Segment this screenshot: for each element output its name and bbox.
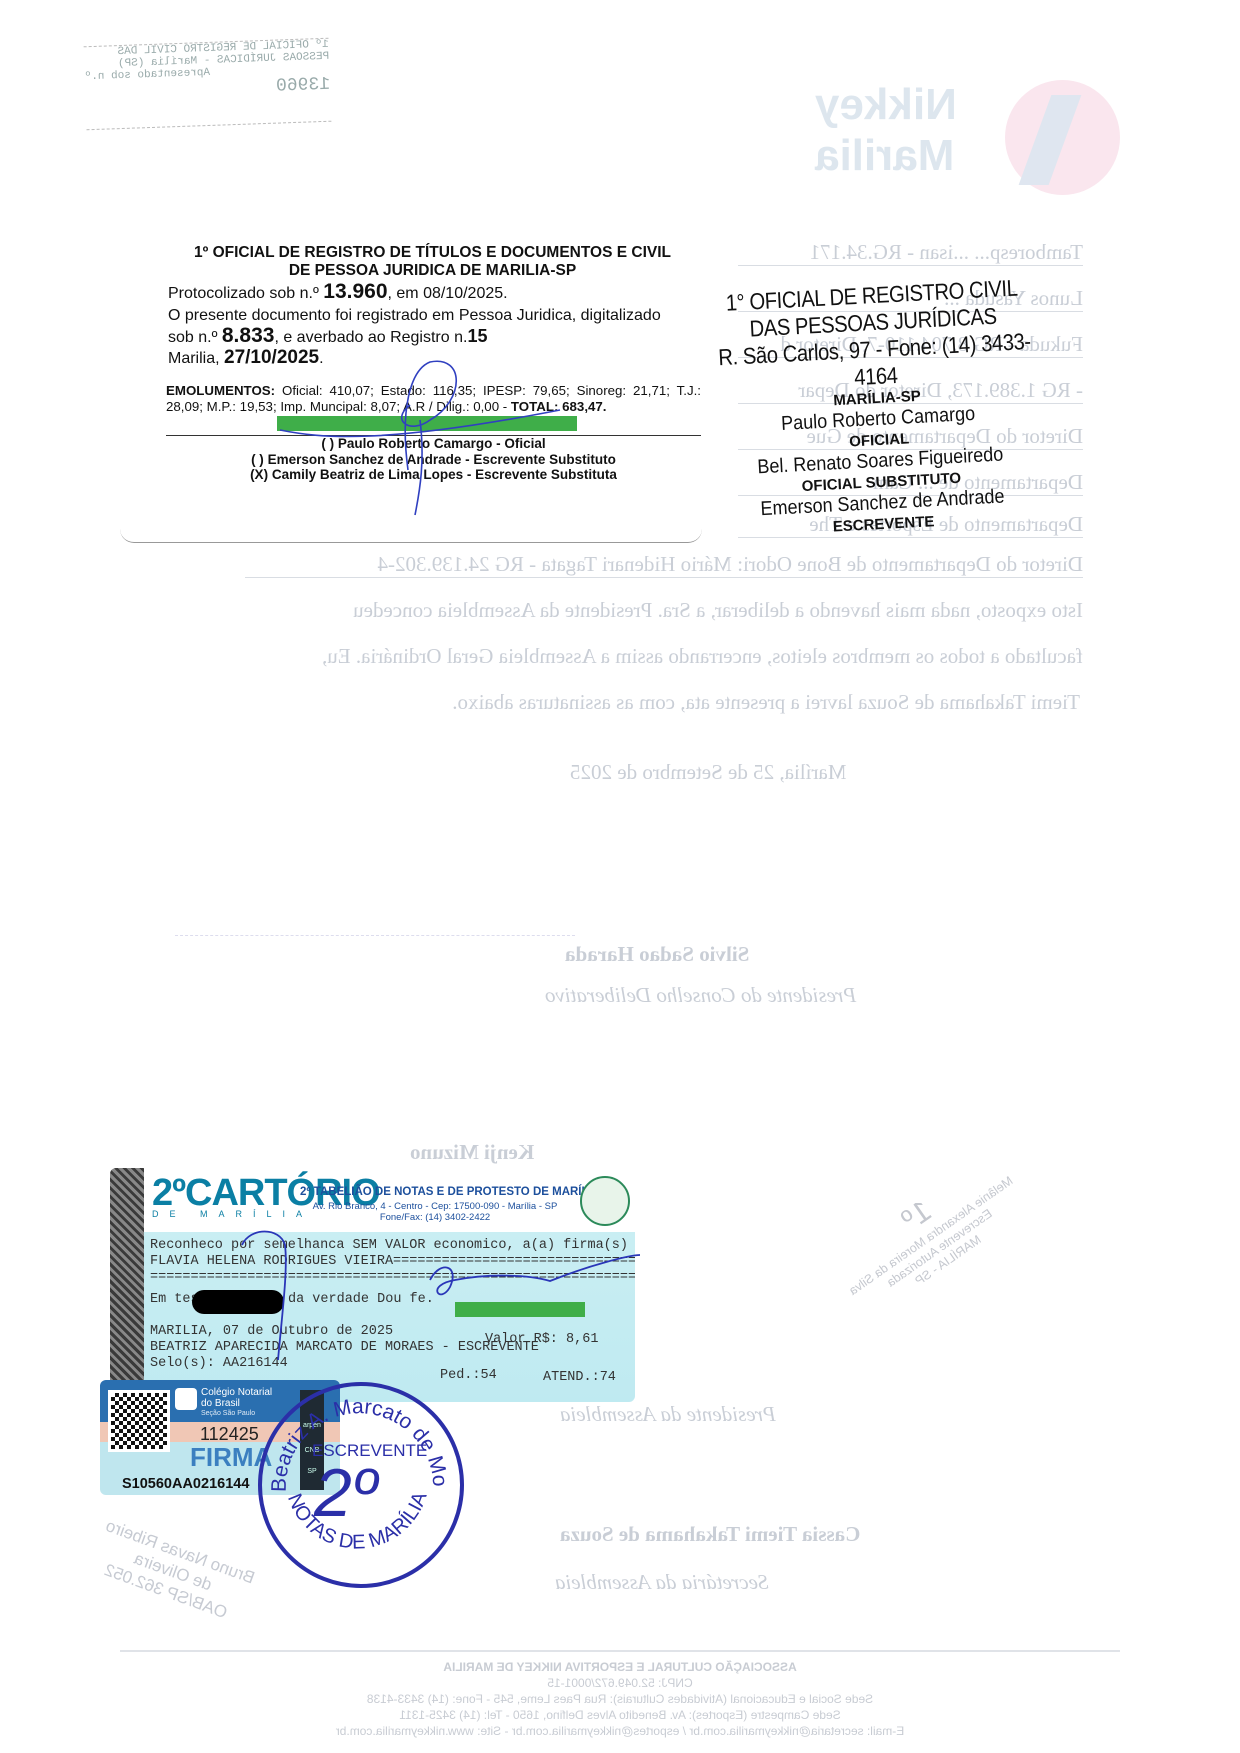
brazil-coat-of-arms-icon xyxy=(580,1176,630,1226)
bleed-sig-role: Presidente da Assembleia xyxy=(560,1402,776,1427)
registro-mid: , e averbado ao Registro n. xyxy=(274,329,467,346)
nikkey-logo-text: Nikkey Marilia xyxy=(815,80,957,181)
registration-heading: 1º OFICIAL DE REGISTRO DE TÍTULOS E DOCU… xyxy=(165,244,700,280)
lawyer-stamp: Bruno Navas Ribeiro de Oliveira OAB/SP 3… xyxy=(73,1509,273,1633)
protocol-prefix: Protocolizado sob n.º xyxy=(168,285,323,302)
logo-line: Marilia xyxy=(815,131,957,182)
footer-address: Sede Social e Educacional (Atividades Cu… xyxy=(130,1692,1110,1706)
registro-line: sob n.º 8.833, e averbado ao Registro n.… xyxy=(168,326,487,348)
logo-line: Nikkey xyxy=(815,80,957,131)
bleed-sig-name: Silvio Sadao Harada xyxy=(565,942,749,967)
seal-code: S10560AA0216144 xyxy=(122,1476,249,1492)
emolumentos-label: EMOLUMENTOS: xyxy=(166,383,275,398)
heading-line: 1º OFICIAL DE REGISTRO DE TÍTULOS E DOCU… xyxy=(165,244,700,262)
protocol-number: 13.960 xyxy=(323,280,387,303)
seal-section: Seção São Paulo xyxy=(201,1410,255,1417)
bleed-sig-role: Presidente do Conselho Deliberativo xyxy=(545,983,856,1008)
footer-contact: E-mail: secretaria@nikkeymarilia.com.br … xyxy=(130,1724,1110,1738)
registro-prefix: sob n.º xyxy=(168,329,222,346)
registro-number: 8.833 xyxy=(222,324,275,347)
faint-protocol-stamp: 1º OFICIAL DE REGISTRO CIVIL DAS PESSOAS… xyxy=(84,38,332,130)
faint-escrevente-stamp: 1º Melânie Alexandra Moreira da Silva Es… xyxy=(801,1128,1059,1342)
city: Marilia, xyxy=(168,350,224,367)
footer-address: Sede Campestre (Esportes): Av. Benedito … xyxy=(130,1708,1110,1722)
registro-ref: 15 xyxy=(467,326,487,346)
cartorio-address: Av. Rio Branco, 4 - Centro - Cep: 17500-… xyxy=(310,1201,560,1223)
phone-line: Fone/Fax: (14) 3402-2422 xyxy=(310,1212,560,1223)
bleed-date: Marília, 25 de Setembro de 2025 xyxy=(570,760,846,785)
ped-number: Ped.:54 xyxy=(440,1368,497,1383)
bleed-sig-name: Cassia Tiemi Takahama de Souza xyxy=(560,1522,860,1547)
cartorio-title: 2º TABELIÃO DE NOTAS E DE PROTESTO DE MA… xyxy=(300,1186,600,1198)
address-line: Av. Rio Branco, 4 - Centro - Cep: 17500-… xyxy=(310,1201,560,1212)
civil-registry-stamp: 1° OFICIAL DE REGISTRO CIVIL DAS PESSOAS… xyxy=(679,272,1077,543)
hologram-strip xyxy=(110,1168,144,1402)
notary-round-stamp: Beatriz A. Marcato de Moraes NOTAS DE MA… xyxy=(258,1382,464,1588)
protocol-line: Protocolizado sob n.º 13.960, em 08/10/2… xyxy=(168,282,508,304)
protocol-suffix: , em 08/10/2025. xyxy=(388,285,508,302)
bleed-sig-role: Secretária da Assembleia xyxy=(555,1570,768,1595)
qr-code-icon xyxy=(108,1390,170,1452)
footer-cnpj: CNPJ: 52.049.672/0001-15 xyxy=(130,1676,1110,1690)
bleed-line: Tamboresp... ...isan - RG.34.171 xyxy=(738,240,1083,266)
footer-divider xyxy=(120,1650,1120,1652)
atend-number: ATEND.:74 xyxy=(543,1370,616,1385)
colegio-logo-icon xyxy=(175,1388,197,1410)
stamp-line: Melânie Alexandra Moreira da Silva xyxy=(820,1155,1042,1316)
heading-line: DE PESSOA JURIDICA DE MARILIA-SP xyxy=(165,262,700,280)
signature-icon xyxy=(230,1225,650,1365)
bleed-sig-name: Kenji Mizuno xyxy=(410,1140,534,1165)
registered-text: O presente documento foi registrado em P… xyxy=(168,306,661,326)
footer-org: ASSOCIAÇÃO CULTURAL E ESPORTIVA NIKKEY D… xyxy=(130,1660,1110,1674)
bleed-line: Tiemi Takahama de Souza lavrei a present… xyxy=(330,690,1080,715)
bleed-line: Isto exposto, nada mais havendo a delibe… xyxy=(245,598,1083,623)
signature-icon xyxy=(260,350,580,520)
bleed-line: Diretor do Departamento de Bone Odori: M… xyxy=(245,552,1083,578)
bleed-line: facultado a todos os membros eleitos, en… xyxy=(245,644,1083,669)
stamp-number: 2º xyxy=(314,1454,377,1532)
signature-line xyxy=(175,935,575,937)
